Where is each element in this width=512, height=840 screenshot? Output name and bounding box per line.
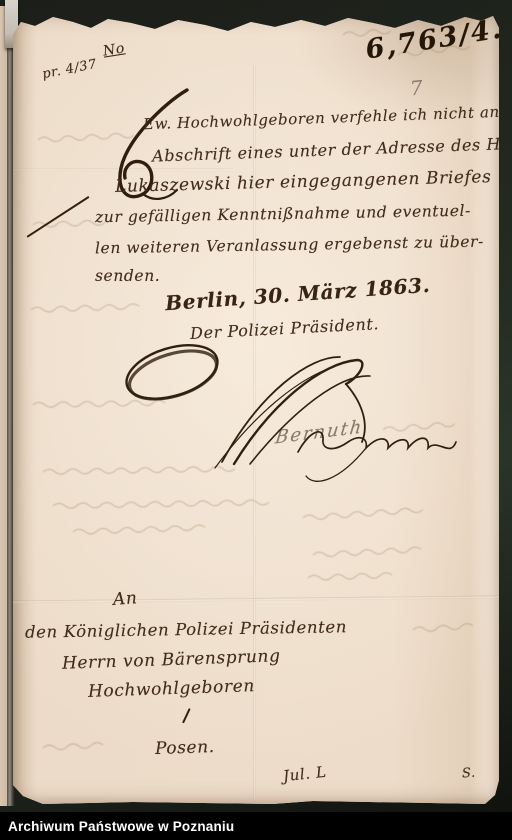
pencil-folio-number: 7	[409, 75, 424, 100]
address-salutation: An	[112, 588, 138, 610]
signature-flourish	[110, 330, 460, 480]
archive-caption-bar: Archiwum Państwowe w Poznaniu	[0, 812, 512, 840]
address-city: Posen.	[155, 737, 215, 759]
no-label: No	[102, 40, 126, 59]
letter-page: No pr. 4/37 6,763/4. 7 Ew. Hochwohlgebor…	[13, 10, 499, 804]
body-line: senden.	[95, 267, 160, 285]
archive-name-label: Archiwum Państwowe w Poznaniu	[0, 819, 234, 834]
clerk-note-right: S.	[461, 766, 476, 782]
archival-scan: No pr. 4/37 6,763/4. 7 Ew. Hochwohlgebor…	[0, 0, 512, 840]
